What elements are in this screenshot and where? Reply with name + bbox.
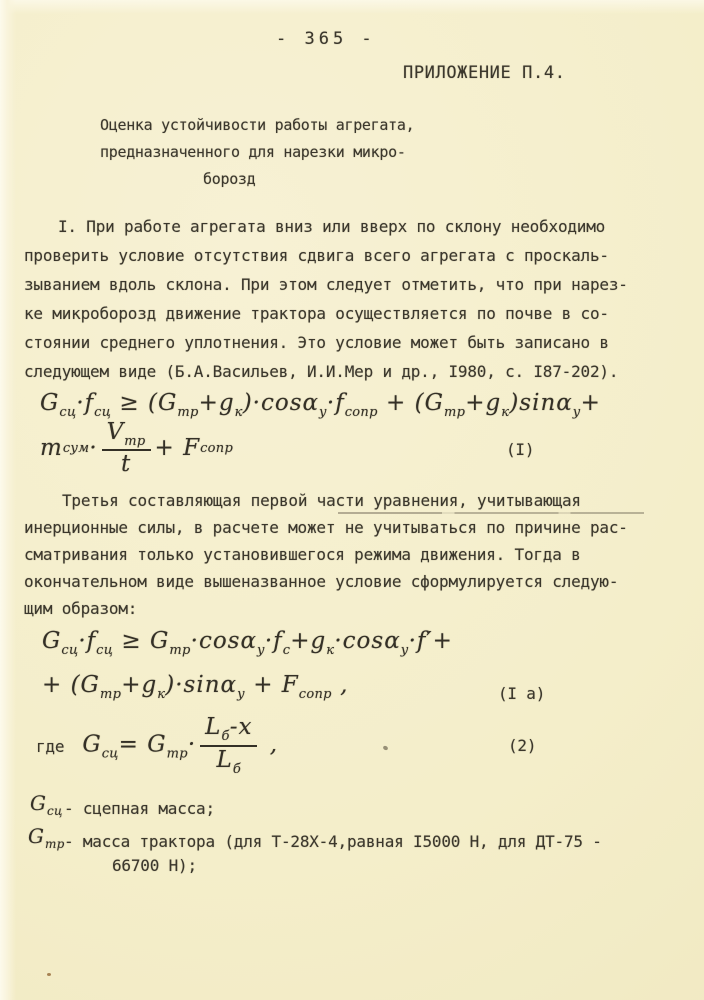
title-line-2: предназначенного для нарезки микро- [100,139,414,166]
formula-2-row: где Gсц= Gтр·Lб-xLб , [36,722,278,770]
paragraph-2-line: щим образом: [24,595,628,622]
paragraph-1-line: зыванием вдоль склона. При этом следует … [24,270,628,299]
paragraph-1-line: следующем виде (Б.А.Васильев, И.И.Мер и … [24,357,628,386]
formula-1-line-1: Gсц·fсц ≥ (Gтр+gк)·cosαу·fсопр + (Gтр+gк… [40,390,601,420]
formula-2-intro: где [36,737,64,756]
paragraph-1-line: I. При работе агрегата вниз или вверх по… [24,212,628,241]
definition-1-text: - сцепная масса; [64,799,215,818]
paragraph-2-line: окончательном виде вышеназванное условие… [24,568,628,595]
title-line-1: Оценка устойчивости работы агрегата, [100,112,414,139]
formula-1-line-2: mсум · Vтрt + Fсопр [40,426,233,470]
paragraph-1-line: проверить условие отсутствия сдвига всег… [24,241,628,270]
paragraph-2: Третья составляющая первой части уравнен… [24,487,628,622]
formula-1a-line-1: Gсц·fсц ≥ Gтр·cosαу·fс+gк·cosαу·f′+ [42,628,453,658]
paragraph-2-line: инерционные силы, в расчете может не учи… [24,514,628,541]
definition-2-symbol: Gтр [28,824,65,851]
paragraph-1-line: ке микроборозд движение трактора осущест… [24,299,628,328]
definition-1-symbol: Gсц [30,791,63,818]
paper-speck [47,973,51,976]
appendix-label: ПРИЛОЖЕНИЕ П.4. [403,63,566,83]
formula-2-label: (2) [508,736,536,755]
document-title: Оценка устойчивости работы агрегата, пре… [100,112,414,193]
page-number: - 365 - [276,29,376,49]
formula-2-body: Gсц= Gтр·Lб-xLб , [82,715,278,776]
scan-artifact-line [338,512,644,514]
scanned-document-page: - 365 - ПРИЛОЖЕНИЕ П.4. Оценка устойчиво… [0,0,704,1000]
paragraph-1-line: стоянии среднего уплотнения. Это условие… [24,328,628,357]
formula-1a-label: (I а) [498,684,545,703]
definition-2-text-continued: 66700 Н); [112,856,197,875]
definition-2-text: - масса трактора (для Т-28Х-4,равная I50… [64,832,602,851]
formula-1-label: (I) [506,440,534,459]
paragraph-2-line: Третья составляющая первой части уравнен… [24,487,628,514]
paper-speck [382,745,388,751]
formula-1a-line-2: + (Gтр+gк)·sinαу + Fсопр , [42,672,348,702]
title-line-3: борозд [203,166,414,193]
paragraph-2-line: сматривания только установившегося режим… [24,541,628,568]
paragraph-1: I. При работе агрегата вниз или вверх по… [24,212,628,386]
